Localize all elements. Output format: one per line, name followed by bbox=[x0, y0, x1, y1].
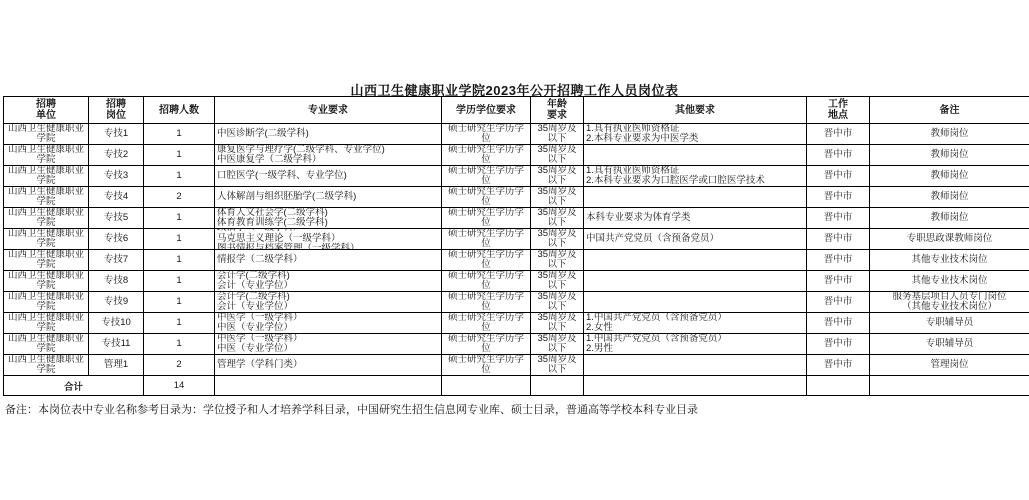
cell-unit: 山西卫生健康职业学院 bbox=[4, 334, 89, 355]
cell-text: 专技1 bbox=[91, 129, 141, 140]
cell-text: 晋中市 bbox=[809, 360, 867, 371]
cell-unit: 山西卫生健康职业学院 bbox=[4, 292, 89, 313]
cell-text: 硕士研究生学历学位 bbox=[444, 166, 528, 186]
cell-text: 专技5 bbox=[91, 213, 141, 224]
cell-count: 2 bbox=[144, 355, 215, 376]
cell-text: 晋中市 bbox=[809, 297, 867, 308]
table-row: 山西卫生健康职业学院专技91会计学(二级学科)会计（专业学位）硕士研究生学历学位… bbox=[4, 292, 1029, 313]
cell-text: 晋中市 bbox=[809, 129, 867, 140]
cell-text: 专技2 bbox=[91, 150, 141, 161]
cell-major: 口腔医学(一级学科、专业学位) bbox=[215, 166, 442, 187]
cell-degree: 硕士研究生学历学位 bbox=[442, 145, 531, 166]
cell-text: 晋中市 bbox=[809, 192, 867, 203]
cell-other bbox=[584, 271, 807, 292]
total-empty-cell bbox=[215, 376, 442, 396]
cell-post: 专技8 bbox=[89, 271, 144, 292]
cell-line: 其他专业技术岗位 bbox=[872, 276, 1027, 287]
cell-age: 35周岁及以下 bbox=[531, 208, 584, 229]
column-header-count: 招聘人数 bbox=[144, 97, 215, 124]
cell-text: 35周岁及以下 bbox=[533, 187, 581, 207]
cell-other: 1.具有执业医师资格证2.本科专业要求为口腔医学或口腔医学技术 bbox=[584, 166, 807, 187]
cell-text: 专技3 bbox=[91, 171, 141, 182]
cell-text: 硕士研究生学历学位 bbox=[444, 271, 528, 291]
cell-text: 山西卫生健康职业学院 bbox=[6, 334, 86, 354]
cell-note: 专职思政课教师岗位 bbox=[870, 229, 1029, 250]
cell-line: 管理岗位 bbox=[872, 360, 1027, 371]
cell-text: 1 bbox=[146, 150, 212, 161]
cell-line: 1.中国共产党党员（含预备党员） bbox=[586, 334, 804, 344]
cell-count: 1 bbox=[144, 250, 215, 271]
cell-line: 体育教育训练学(二级学科) bbox=[217, 218, 439, 228]
cell-major: 会计学(二级学科)会计（专业学位） bbox=[215, 271, 442, 292]
cell-text: 硕士研究生学历学位 bbox=[444, 124, 528, 144]
cell-text: 山西卫生健康职业学院 bbox=[6, 292, 86, 312]
cell-count: 1 bbox=[144, 166, 215, 187]
cell-line: 2.本科专业要求为中医学类 bbox=[586, 134, 804, 144]
cell-text: 晋中市 bbox=[809, 318, 867, 329]
cell-age: 35周岁及以下 bbox=[531, 292, 584, 313]
cell-text: 1 bbox=[146, 255, 212, 266]
cell-degree: 硕士研究生学历学位 bbox=[442, 250, 531, 271]
table-row: 山西卫生健康职业学院专技81会计学(二级学科)会计（专业学位）硕士研究生学历学位… bbox=[4, 271, 1029, 292]
cell-line: 其他专业技术岗位 bbox=[872, 255, 1027, 266]
cell-text: 35周岁及以下 bbox=[533, 355, 581, 375]
cell-major: 中医学（一级学科）中医（专业学位） bbox=[215, 334, 442, 355]
total-empty-cell bbox=[584, 376, 807, 396]
cell-text: 晋中市 bbox=[809, 234, 867, 245]
cell-age: 35周岁及以下 bbox=[531, 271, 584, 292]
table-row: 山西卫生健康职业学院专技11中医诊断学(二级学科)硕士研究生学历学位35周岁及以… bbox=[4, 124, 1029, 145]
cell-unit: 山西卫生健康职业学院 bbox=[4, 145, 89, 166]
cell-age: 35周岁及以下 bbox=[531, 124, 584, 145]
cell-text: 35周岁及以下 bbox=[533, 250, 581, 270]
cell-count: 1 bbox=[144, 229, 215, 250]
header-row: 招聘 单位招聘 岗位招聘人数专业要求学历学位要求年龄 要求其他要求工作 地点备注 bbox=[4, 97, 1029, 124]
positions-table: 招聘 单位招聘 岗位招聘人数专业要求学历学位要求年龄 要求其他要求工作 地点备注… bbox=[3, 96, 1029, 396]
total-empty-cell bbox=[870, 376, 1029, 396]
cell-degree: 硕士研究生学历学位 bbox=[442, 292, 531, 313]
cell-text: 35周岁及以下 bbox=[533, 271, 581, 291]
cell-line: （其他专业技术岗位） bbox=[872, 302, 1027, 312]
footnote: 备注：本岗位表中专业名称参考目录为：学位授予和人才培养学科目录，中国研究生招生信… bbox=[5, 403, 1025, 417]
cell-degree: 硕士研究生学历学位 bbox=[442, 229, 531, 250]
cell-text: 山西卫生健康职业学院 bbox=[6, 313, 86, 333]
cell-text: 山西卫生健康职业学院 bbox=[6, 271, 86, 291]
cell-major: 人体解剖与组织胚胎学(二级学科) bbox=[215, 187, 442, 208]
cell-line: 专职辅导员 bbox=[872, 318, 1027, 329]
cell-post: 专技2 bbox=[89, 145, 144, 166]
cell-text: 晋中市 bbox=[809, 276, 867, 287]
cell-note: 专职辅导员 bbox=[870, 334, 1029, 355]
table-row: 山西卫生健康职业学院专技71情报学（二级学科）硕士研究生学历学位35周岁及以下晋… bbox=[4, 250, 1029, 271]
cell-text: 硕士研究生学历学位 bbox=[444, 355, 528, 375]
cell-text: 专技4 bbox=[91, 192, 141, 203]
cell-line: 2.男性 bbox=[586, 344, 804, 354]
cell-degree: 硕士研究生学历学位 bbox=[442, 355, 531, 376]
cell-degree: 硕士研究生学历学位 bbox=[442, 313, 531, 334]
cell-major: 中医学（一级学科）中医（专业学位） bbox=[215, 313, 442, 334]
cell-line: 人体解剖与组织胚胎学(二级学科) bbox=[217, 192, 439, 203]
table-row: 山西卫生健康职业学院专技101中医学（一级学科）中医（专业学位）硕士研究生学历学… bbox=[4, 313, 1029, 334]
table-row: 山西卫生健康职业学院专技61政治学（一级学科）马克思主义理论（一级学科）图书情报… bbox=[4, 229, 1029, 250]
cell-line: 中医康复学（二级学科） bbox=[217, 155, 439, 165]
column-header-major: 专业要求 bbox=[215, 97, 442, 124]
cell-location: 晋中市 bbox=[807, 313, 870, 334]
cell-major: 体育人文社会学(二级学科)体育教育训练学(二级学科) bbox=[215, 208, 442, 229]
total-empty-cell bbox=[442, 376, 531, 396]
cell-text: 1 bbox=[146, 129, 212, 140]
column-header-degree: 学历学位要求 bbox=[442, 97, 531, 124]
cell-line: 口腔医学(一级学科、专业学位) bbox=[217, 171, 439, 182]
cell-major: 政治学（一级学科）马克思主义理论（一级学科）图书情报与档案管理（一级学科） bbox=[215, 229, 442, 250]
cell-line: 会计（专业学位） bbox=[217, 302, 439, 312]
cell-text: 35周岁及以下 bbox=[533, 229, 581, 249]
cell-text: 山西卫生健康职业学院 bbox=[6, 166, 86, 186]
table-row: 山西卫生健康职业学院管理12管理学（学科门类）硕士研究生学历学位35周岁及以下晋… bbox=[4, 355, 1029, 376]
cell-line: 教师岗位 bbox=[872, 129, 1027, 140]
cell-line: 教师岗位 bbox=[872, 150, 1027, 161]
cell-text: 2 bbox=[146, 360, 212, 371]
cell-text: 硕士研究生学历学位 bbox=[444, 208, 528, 228]
cell-post: 专技1 bbox=[89, 124, 144, 145]
cell-count: 1 bbox=[144, 292, 215, 313]
cell-unit: 山西卫生健康职业学院 bbox=[4, 313, 89, 334]
cell-unit: 山西卫生健康职业学院 bbox=[4, 187, 89, 208]
cell-degree: 硕士研究生学历学位 bbox=[442, 187, 531, 208]
column-header-location: 工作 地点 bbox=[807, 97, 870, 124]
cell-unit: 山西卫生健康职业学院 bbox=[4, 124, 89, 145]
cell-post: 专技9 bbox=[89, 292, 144, 313]
cell-other bbox=[584, 292, 807, 313]
cell-count: 1 bbox=[144, 313, 215, 334]
cell-unit: 山西卫生健康职业学院 bbox=[4, 355, 89, 376]
cell-location: 晋中市 bbox=[807, 124, 870, 145]
cell-location: 晋中市 bbox=[807, 166, 870, 187]
cell-unit: 山西卫生健康职业学院 bbox=[4, 271, 89, 292]
cell-text: 硕士研究生学历学位 bbox=[444, 187, 528, 207]
cell-major: 管理学（学科门类） bbox=[215, 355, 442, 376]
cell-line: 2.本科专业要求为口腔医学或口腔医学技术 bbox=[586, 176, 804, 186]
cell-age: 35周岁及以下 bbox=[531, 229, 584, 250]
cell-text: 专技11 bbox=[91, 339, 141, 350]
cell-note: 其他专业技术岗位 bbox=[870, 271, 1029, 292]
cell-line: 会计（专业学位） bbox=[217, 281, 439, 291]
total-empty-cell bbox=[807, 376, 870, 396]
cell-text: 专技7 bbox=[91, 255, 141, 266]
cell-text: 1 bbox=[146, 276, 212, 287]
cell-text: 晋中市 bbox=[809, 213, 867, 224]
cell-note: 教师岗位 bbox=[870, 145, 1029, 166]
cell-age: 35周岁及以下 bbox=[531, 334, 584, 355]
document-page: 山西卫生健康职业学院2023年公开招聘工作人员岗位表 招聘 单位招聘 岗位招聘人… bbox=[0, 0, 1029, 500]
cell-text: 35周岁及以下 bbox=[533, 145, 581, 165]
table-body: 山西卫生健康职业学院专技11中医诊断学(二级学科)硕士研究生学历学位35周岁及以… bbox=[4, 124, 1029, 396]
cell-text: 1 bbox=[146, 339, 212, 350]
cell-location: 晋中市 bbox=[807, 145, 870, 166]
cell-unit: 山西卫生健康职业学院 bbox=[4, 250, 89, 271]
table-row: 山西卫生健康职业学院专技31口腔医学(一级学科、专业学位)硕士研究生学历学位35… bbox=[4, 166, 1029, 187]
cell-text: 管理1 bbox=[91, 360, 141, 371]
cell-text: 山西卫生健康职业学院 bbox=[6, 124, 86, 144]
cell-degree: 硕士研究生学历学位 bbox=[442, 166, 531, 187]
cell-text: 专技6 bbox=[91, 234, 141, 245]
cell-other bbox=[584, 250, 807, 271]
table-row: 山西卫生健康职业学院专技21康复医学与理疗学(二级学科、专业学位)中医康复学（二… bbox=[4, 145, 1029, 166]
cell-count: 1 bbox=[144, 145, 215, 166]
cell-text: 1 bbox=[146, 213, 212, 224]
table-row: 山西卫生健康职业学院专技111中医学（一级学科）中医（专业学位）硕士研究生学历学… bbox=[4, 334, 1029, 355]
cell-line: 专职辅导员 bbox=[872, 339, 1027, 350]
column-header-post: 招聘 岗位 bbox=[89, 97, 144, 124]
cell-location: 晋中市 bbox=[807, 187, 870, 208]
cell-degree: 硕士研究生学历学位 bbox=[442, 334, 531, 355]
cell-location: 晋中市 bbox=[807, 250, 870, 271]
cell-major: 会计学(二级学科)会计（专业学位） bbox=[215, 292, 442, 313]
cell-line: 教师岗位 bbox=[872, 171, 1027, 182]
cell-other bbox=[584, 187, 807, 208]
cell-text: 晋中市 bbox=[809, 171, 867, 182]
cell-line: 情报学（二级学科） bbox=[217, 255, 439, 266]
cell-other bbox=[584, 145, 807, 166]
cell-location: 晋中市 bbox=[807, 334, 870, 355]
table-row: 山西卫生健康职业学院专技51体育人文社会学(二级学科)体育教育训练学(二级学科)… bbox=[4, 208, 1029, 229]
cell-note: 教师岗位 bbox=[870, 187, 1029, 208]
cell-location: 晋中市 bbox=[807, 229, 870, 250]
cell-other: 本科专业要求为体育学类 bbox=[584, 208, 807, 229]
cell-text: 1 bbox=[146, 171, 212, 182]
cell-age: 35周岁及以下 bbox=[531, 166, 584, 187]
column-header-note: 备注 bbox=[870, 97, 1029, 124]
cell-degree: 硕士研究生学历学位 bbox=[442, 271, 531, 292]
cell-line: 专职思政课教师岗位 bbox=[872, 234, 1027, 245]
column-header-age: 年龄 要求 bbox=[531, 97, 584, 124]
cell-location: 晋中市 bbox=[807, 292, 870, 313]
cell-note: 专职辅导员 bbox=[870, 313, 1029, 334]
cell-age: 35周岁及以下 bbox=[531, 145, 584, 166]
cell-text: 晋中市 bbox=[809, 255, 867, 266]
cell-text: 晋中市 bbox=[809, 339, 867, 350]
cell-post: 专技10 bbox=[89, 313, 144, 334]
column-header-other: 其他要求 bbox=[584, 97, 807, 124]
cell-age: 35周岁及以下 bbox=[531, 355, 584, 376]
cell-line: 本科专业要求为体育学类 bbox=[586, 213, 804, 224]
cell-text: 专技8 bbox=[91, 276, 141, 287]
cell-text: 山西卫生健康职业学院 bbox=[6, 250, 86, 270]
cell-post: 专技11 bbox=[89, 334, 144, 355]
cell-post: 专技6 bbox=[89, 229, 144, 250]
cell-text: 35周岁及以下 bbox=[533, 208, 581, 228]
cell-degree: 硕士研究生学历学位 bbox=[442, 124, 531, 145]
cell-line: 教师岗位 bbox=[872, 192, 1027, 203]
cell-line: 1.中国共产党党员（含预备党员） bbox=[586, 313, 804, 323]
cell-text: 专技9 bbox=[91, 297, 141, 308]
cell-text: 硕士研究生学历学位 bbox=[444, 145, 528, 165]
cell-note: 管理岗位 bbox=[870, 355, 1029, 376]
cell-text: 山西卫生健康职业学院 bbox=[6, 145, 86, 165]
cell-text: 35周岁及以下 bbox=[533, 334, 581, 354]
cell-text: 硕士研究生学历学位 bbox=[444, 313, 528, 333]
cell-location: 晋中市 bbox=[807, 355, 870, 376]
cell-unit: 山西卫生健康职业学院 bbox=[4, 229, 89, 250]
cell-count: 1 bbox=[144, 271, 215, 292]
cell-other: 1.中国共产党党员（含预备党员）2.女性 bbox=[584, 313, 807, 334]
cell-unit: 山西卫生健康职业学院 bbox=[4, 166, 89, 187]
cell-text: 2 bbox=[146, 192, 212, 203]
cell-count: 1 bbox=[144, 208, 215, 229]
cell-location: 晋中市 bbox=[807, 271, 870, 292]
cell-post: 专技7 bbox=[89, 250, 144, 271]
cell-count: 2 bbox=[144, 187, 215, 208]
cell-text: 1 bbox=[146, 297, 212, 308]
cell-text: 晋中市 bbox=[809, 150, 867, 161]
total-row: 合计14 bbox=[4, 376, 1029, 396]
total-count-cell: 14 bbox=[144, 376, 215, 396]
cell-age: 35周岁及以下 bbox=[531, 313, 584, 334]
cell-text: 专技10 bbox=[91, 318, 141, 329]
cell-line: 教师岗位 bbox=[872, 213, 1027, 224]
cell-post: 专技3 bbox=[89, 166, 144, 187]
cell-text: 山西卫生健康职业学院 bbox=[6, 229, 86, 249]
cell-text: 山西卫生健康职业学院 bbox=[6, 187, 86, 207]
cell-line: 中医（专业学位） bbox=[217, 344, 439, 354]
cell-text: 35周岁及以下 bbox=[533, 313, 581, 333]
cell-text: 1 bbox=[146, 318, 212, 329]
cell-other: 1.中国共产党党员（含预备党员）2.男性 bbox=[584, 334, 807, 355]
cell-count: 1 bbox=[144, 124, 215, 145]
cell-text: 35周岁及以下 bbox=[533, 124, 581, 144]
cell-text: 1 bbox=[146, 234, 212, 245]
cell-note: 教师岗位 bbox=[870, 124, 1029, 145]
cell-major: 中医诊断学(二级学科) bbox=[215, 124, 442, 145]
cell-line: 中医（专业学位） bbox=[217, 323, 439, 333]
cell-line: 管理学（学科门类） bbox=[217, 360, 439, 371]
cell-text: 硕士研究生学历学位 bbox=[444, 250, 528, 270]
cell-text: 硕士研究生学历学位 bbox=[444, 229, 528, 249]
cell-degree: 硕士研究生学历学位 bbox=[442, 208, 531, 229]
cell-line: 中国共产党党员（含预备党员） bbox=[586, 234, 804, 245]
cell-text: 山西卫生健康职业学院 bbox=[6, 355, 86, 375]
column-header-unit: 招聘 单位 bbox=[4, 97, 89, 124]
cell-post: 管理1 bbox=[89, 355, 144, 376]
total-label-cell: 合计 bbox=[4, 376, 144, 396]
cell-unit: 山西卫生健康职业学院 bbox=[4, 208, 89, 229]
cell-major: 情报学（二级学科） bbox=[215, 250, 442, 271]
cell-major: 康复医学与理疗学(二级学科、专业学位)中医康复学（二级学科） bbox=[215, 145, 442, 166]
cell-location: 晋中市 bbox=[807, 208, 870, 229]
total-empty-cell bbox=[531, 376, 584, 396]
cell-post: 专技4 bbox=[89, 187, 144, 208]
cell-text: 35周岁及以下 bbox=[533, 166, 581, 186]
cell-post: 专技5 bbox=[89, 208, 144, 229]
cell-note: 服务基层项目人员专门岗位（其他专业技术岗位） bbox=[870, 292, 1029, 313]
cell-text: 山西卫生健康职业学院 bbox=[6, 208, 86, 228]
cell-line: 图书情报与档案管理（一级学科） bbox=[217, 244, 439, 249]
cell-note: 教师岗位 bbox=[870, 208, 1029, 229]
cell-text: 硕士研究生学历学位 bbox=[444, 292, 528, 312]
cell-note: 其他专业技术岗位 bbox=[870, 250, 1029, 271]
cell-line: 中医诊断学(二级学科) bbox=[217, 129, 439, 140]
cell-note: 教师岗位 bbox=[870, 166, 1029, 187]
cell-count: 1 bbox=[144, 334, 215, 355]
table-row: 山西卫生健康职业学院专技42人体解剖与组织胚胎学(二级学科)硕士研究生学历学位3… bbox=[4, 187, 1029, 208]
cell-other: 中国共产党党员（含预备党员） bbox=[584, 229, 807, 250]
cell-other: 1.具有执业医师资格证2.本科专业要求为中医学类 bbox=[584, 124, 807, 145]
cell-line: 2.女性 bbox=[586, 323, 804, 333]
table-head: 招聘 单位招聘 岗位招聘人数专业要求学历学位要求年龄 要求其他要求工作 地点备注 bbox=[4, 97, 1029, 124]
cell-text: 硕士研究生学历学位 bbox=[444, 334, 528, 354]
cell-age: 35周岁及以下 bbox=[531, 250, 584, 271]
cell-age: 35周岁及以下 bbox=[531, 187, 584, 208]
cell-text: 35周岁及以下 bbox=[533, 292, 581, 312]
cell-other bbox=[584, 355, 807, 376]
